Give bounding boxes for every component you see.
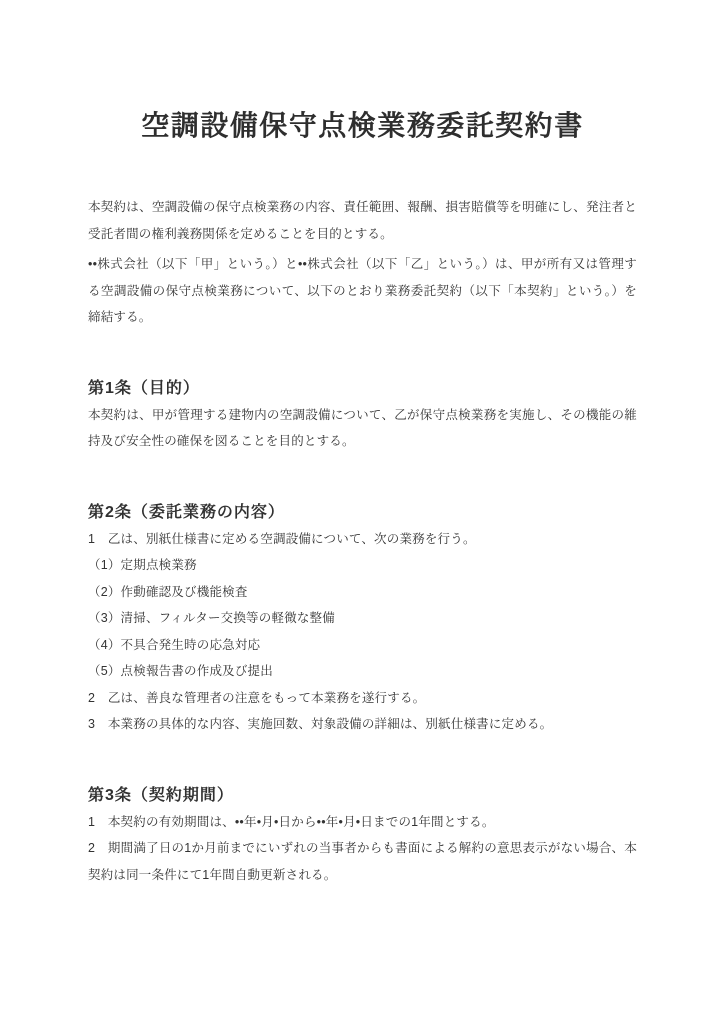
article-2-clause-1-item-1: （1）定期点検業務 (88, 552, 637, 579)
article-2-clause-1-item-3: （3）清掃、フィルター交換等の軽微な整備 (88, 605, 637, 632)
article-1-heading: 第1条（目的） (88, 375, 637, 402)
document-title: 空調設備保守点検業務委託契約書 (88, 0, 637, 144)
article-3-clause-1: 1 本契約の有効期間は、••年•月•日から••年•月•日までの1年間とする。 (88, 809, 637, 836)
article-2-clause-1-item-4: （4）不具合発生時の応急対応 (88, 632, 637, 659)
article-2-clause-1-item-5: （5）点検報告書の作成及び提出 (88, 658, 637, 685)
article-2-scope-of-services: 第2条（委託業務の内容） 1 乙は、別紙仕様書に定める空調設備について、次の業務… (88, 499, 637, 738)
article-2-clause-1: 1 乙は、別紙仕様書に定める空調設備について、次の業務を行う。 (88, 526, 637, 553)
article-3-heading: 第3条（契約期間） (88, 782, 637, 809)
article-1-purpose: 第1条（目的） 本契約は、甲が管理する建物内の空調設備について、乙が保守点検業務… (88, 375, 637, 455)
intro-paragraph-parties: ••株式会社（以下「甲」という。）と••株式会社（以下「乙」という。）は、甲が所… (88, 251, 637, 331)
contract-document-page: 空調設備保守点検業務委託契約書 本契約は、空調設備の保守点検業務の内容、責任範囲… (0, 0, 724, 1024)
intro-paragraph-purpose: 本契約は、空調設備の保守点検業務の内容、責任範囲、報酬、損害賠償等を明確にし、発… (88, 194, 637, 247)
article-2-clause-3: 3 本業務の具体的な内容、実施回数、対象設備の詳細は、別紙仕様書に定める。 (88, 711, 637, 738)
article-3-clause-2: 2 期間満了日の1か月前までにいずれの当事者からも書面による解約の意思表示がない… (88, 835, 637, 888)
article-1-clause: 本契約は、甲が管理する建物内の空調設備について、乙が保守点検業務を実施し、その機… (88, 402, 637, 455)
article-3-contract-term: 第3条（契約期間） 1 本契約の有効期間は、••年•月•日から••年•月•日まで… (88, 782, 637, 889)
article-2-heading: 第2条（委託業務の内容） (88, 499, 637, 526)
article-2-clause-2: 2 乙は、善良な管理者の注意をもって本業務を遂行する。 (88, 685, 637, 712)
article-2-clause-1-item-2: （2）作動確認及び機能検査 (88, 579, 637, 606)
